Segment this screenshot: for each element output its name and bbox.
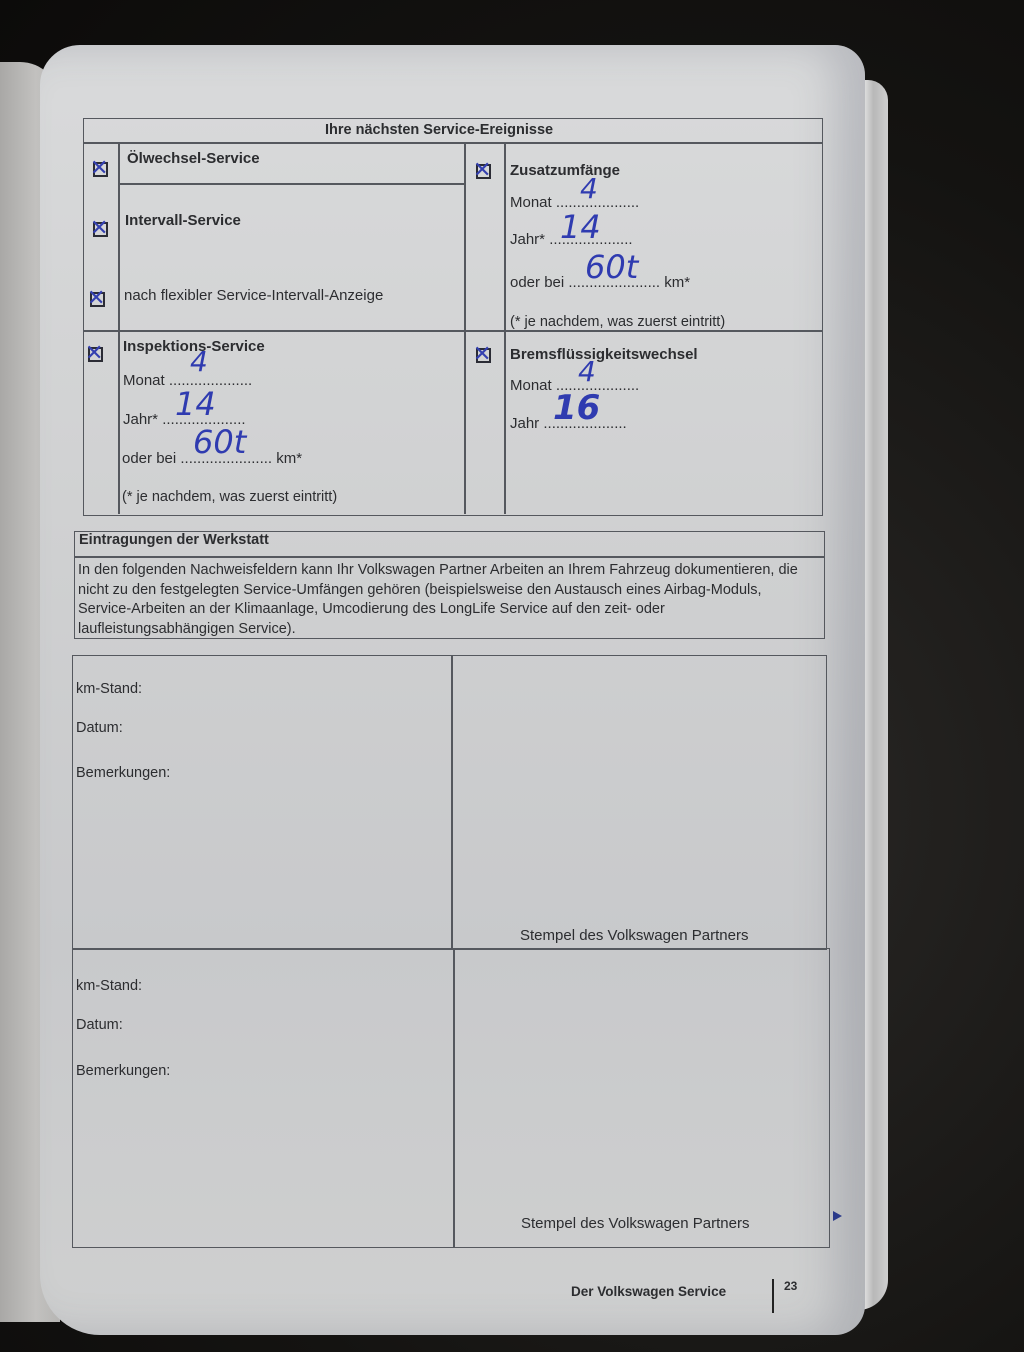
- page-number: 23: [784, 1279, 797, 1293]
- workshop-description: In den folgenden Nachweisfeldern kann Ih…: [78, 561, 808, 639]
- record-2-remarks-label: Bemerkungen:: [76, 1063, 170, 1079]
- left-checkbox-column-divider: [118, 142, 120, 514]
- additional-km-value[interactable]: 60t: [585, 248, 638, 286]
- footer-divider: [772, 1279, 774, 1313]
- oil-change-checkbox[interactable]: [93, 162, 108, 177]
- footer-section: Der Volkswagen Service: [571, 1284, 726, 1299]
- record-1-remarks-label: Bemerkungen:: [76, 765, 170, 781]
- additional-footnote: (* je nachdem, was zuerst eintritt): [510, 314, 725, 330]
- oil-change-label: Ölwechsel-Service: [127, 150, 260, 167]
- record-block-2: [72, 948, 830, 1248]
- record-block-1: [72, 655, 827, 950]
- oil-row-divider: [118, 183, 464, 185]
- inspection-checkbox[interactable]: [88, 347, 103, 362]
- title-divider: [83, 142, 823, 144]
- record-1-divider: [451, 655, 453, 950]
- workshop-title-divider: [74, 556, 825, 558]
- brake-fluid-checkbox[interactable]: [476, 348, 491, 363]
- record-2-divider: [453, 948, 455, 1248]
- inspection-km-value[interactable]: 60t: [193, 423, 246, 461]
- brake-fluid-year-value[interactable]: 16: [553, 388, 600, 428]
- additional-work-label: Zusatzumfänge: [510, 162, 620, 179]
- record-2-date-label: Datum:: [76, 1017, 123, 1033]
- middle-row-divider: [83, 330, 823, 332]
- brake-fluid-month-value[interactable]: 4: [578, 355, 596, 388]
- additional-year-value[interactable]: 14: [560, 208, 601, 246]
- inspection-year-value[interactable]: 14: [175, 385, 216, 423]
- inspection-footnote: (* je nachdem, was zuerst eintritt): [122, 489, 337, 505]
- additional-month-value[interactable]: 4: [580, 172, 598, 205]
- record-2-stamp-label: Stempel des Volkswagen Partners: [521, 1215, 749, 1232]
- record-1-km-label: km-Stand:: [76, 681, 142, 697]
- workshop-title: Eintragungen der Werkstatt: [79, 532, 269, 548]
- center-divider: [464, 142, 466, 514]
- flexible-interval-checkbox[interactable]: [90, 292, 105, 307]
- inspection-month-value[interactable]: 4: [190, 345, 208, 378]
- brake-fluid-label: Bremsflüssigkeitswechsel: [510, 346, 698, 363]
- right-checkbox-column-divider: [504, 142, 506, 514]
- record-1-stamp-label: Stempel des Volkswagen Partners: [520, 927, 748, 944]
- interval-service-label: Intervall-Service: [125, 212, 241, 229]
- interval-service-checkbox[interactable]: [93, 222, 108, 237]
- record-2-km-label: km-Stand:: [76, 978, 142, 994]
- flexible-interval-label: nach flexibler Service-Intervall-Anzeige: [124, 287, 383, 304]
- service-events-title: Ihre nächsten Service-Ereignisse: [325, 122, 553, 138]
- continue-arrow-icon: [833, 1211, 842, 1221]
- additional-work-checkbox[interactable]: [476, 164, 491, 179]
- record-1-date-label: Datum:: [76, 720, 123, 736]
